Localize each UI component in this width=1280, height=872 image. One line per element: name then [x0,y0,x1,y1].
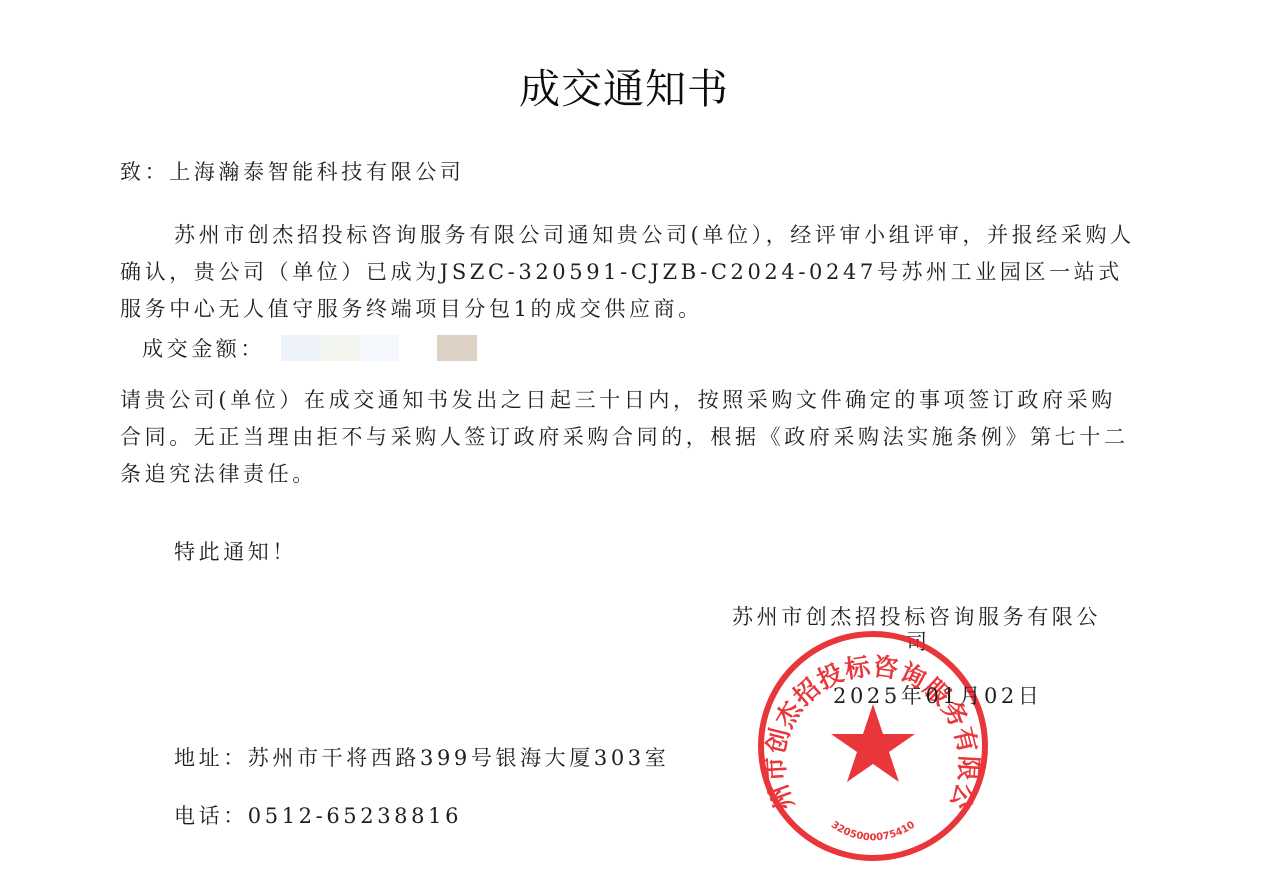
svg-text:苏州市创杰招投标咨询服务有限公司: 苏州市创杰招投标咨询服务有限公司 [750,626,984,814]
seal-text: 苏州市创杰招投标咨询服务有限公司 [750,626,984,814]
document-title: 成交通知书 [0,56,1248,115]
contact-phone: 电话：0512-65238816 [174,800,462,830]
contact-address: 地址：苏州市干将西路399号银海大厦303室 [174,742,669,772]
notice-paragraph: 苏州市创杰招投标咨询服务有限公司通知贵公司(单位），经评审小组评审，并报经采购人… [120,217,1140,328]
closing-text: 特此通知！ [174,536,297,566]
seal-code: 3205000075410 [829,819,917,843]
signature-date: 2025年01月02日 [833,680,1043,710]
redacted-amount [281,335,477,361]
company-seal-icon: 苏州市创杰招投标咨询服务有限公司 3205000075410 [750,626,996,866]
contract-paragraph: 请贵公司(单位）在成交通知书发出之日起三十日内，按照采购文件确定的事项签订政府采… [120,382,1140,493]
addressee: 致：上海瀚泰智能科技有限公司 [120,156,464,186]
svg-text:3205000075410: 3205000075410 [829,819,917,843]
transaction-amount-row: 成交金额： [142,333,477,363]
notice-document: 成交通知书 致：上海瀚泰智能科技有限公司 苏州市创杰招投标咨询服务有限公司通知贵… [0,0,1280,872]
transaction-amount-label: 成交金额： [142,333,265,363]
notice-paragraph-text: 苏州市创杰招投标咨询服务有限公司通知贵公司(单位），经评审小组评审，并报经采购人… [120,223,1135,321]
